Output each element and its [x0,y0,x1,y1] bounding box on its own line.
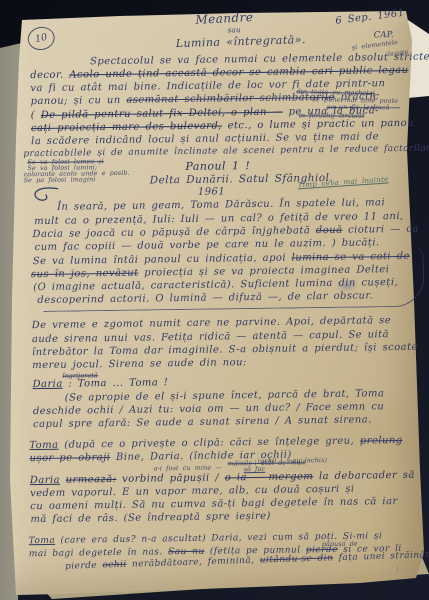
handwritten-content: 10 Meandre sau Lumina «întregrată». 6 Se… [0,0,429,600]
page-title: Meandre [195,11,253,26]
interlinear-note: mâinile-i atât de mult [228,459,306,466]
dialogue-line: Toma (după ce o privește o clipă: căci s… [29,436,402,451]
manuscript-line: mereu jocul. Sirena se aude din nou: [32,358,247,371]
dialogue-line: cu oameni mulți. Să nu cumva să-ți bagi … [30,497,398,512]
scene-heading: Panoul 1 ! [185,160,250,172]
dialogue-line: Daria : Toma ... Toma ! [32,378,168,390]
dialogue-line: capul spre afară: Se aude a sunat sirena… [33,415,372,430]
page-title-sau: sau [228,26,241,33]
interlinear-note: a-i fost cu mine — [154,465,222,472]
pencil-number: 1. [395,565,402,572]
scene-year: 1961 [198,187,225,197]
page-number: 10 [34,32,48,45]
dialogue-line: Daria urmează: vorbind păpușii / o ia — … [30,471,415,486]
manuscript-photo: 10 Meandre sau Lumina «întregrată». 6 Se… [0,0,429,600]
manuscript-line: În seară, pe un geam, Toma Dărăscu. În s… [57,198,385,213]
margin-note: Se pa folosi imagini [24,176,96,183]
page-subtitle: Lumina «întregrată». [176,34,306,49]
manuscript-line: întrebător la Toma dar imaginile. S-a ob… [32,343,418,358]
date: 6 Sep. 1961 [335,9,405,27]
dialogue-line: mă faci de râs. (Se îndreaptă spre ieșir… [30,512,271,525]
page-number-circle: 10 [26,25,57,53]
